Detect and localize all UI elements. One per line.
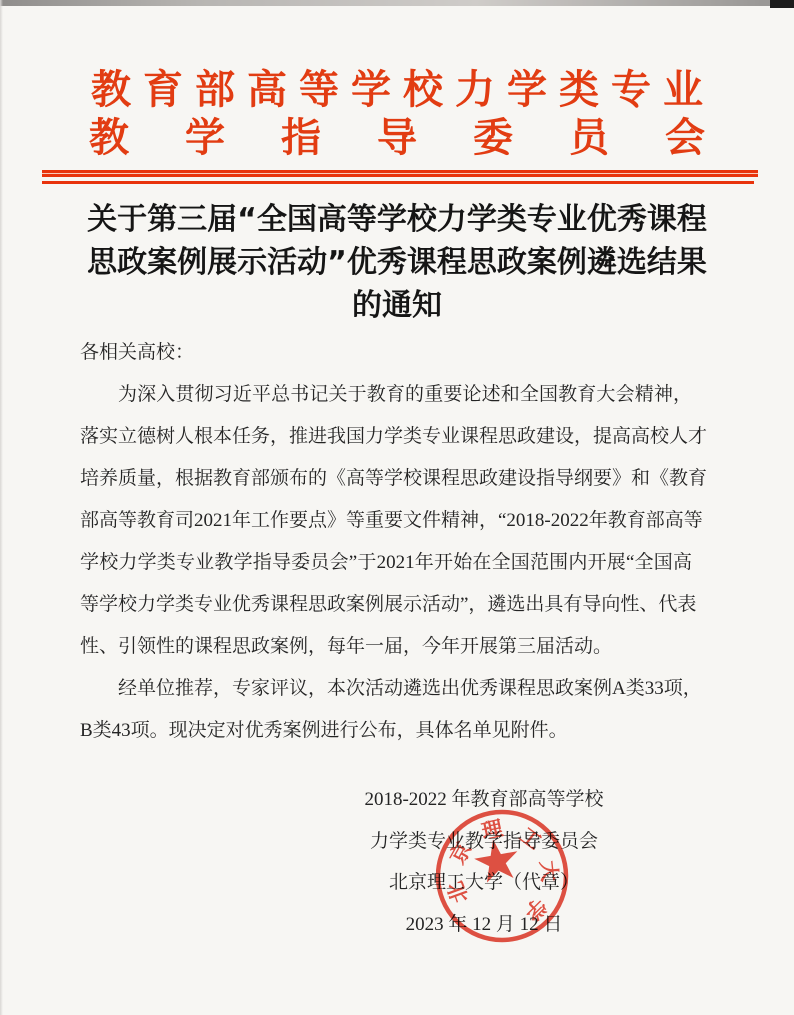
- paragraph1-line4: 部高等教育司2021年工作要点》等重要文件精神，“2018-2022年教育部高等: [80, 500, 692, 542]
- scanned-notice-page: 教育部高等学校力学类专业 教学指导委员会 关于第三届“全国高等学校力学类专业优秀…: [0, 0, 794, 1015]
- letterhead-rule-thin: [42, 181, 754, 184]
- document-title: 关于第三届“全国高等学校力学类专业优秀课程 思政案例展示活动”优秀课程思政案例遴…: [57, 198, 737, 327]
- seal-star-icon: [471, 836, 521, 885]
- letterhead-rule-thick: [42, 170, 758, 177]
- paragraph1-line7: 性、引领性的课程思政案例，每年一届，今年开展第三届活动。: [80, 626, 692, 668]
- paragraph2-line1: 经单位推荐，专家评议，本次活动遴选出优秀课程思政案例A类33项，: [80, 668, 692, 710]
- document-title-line3: 的通知: [57, 284, 737, 327]
- paragraph1-line5: 学校力学类专业教学指导委员会”于2021年开始在全国范围内开展“全国高: [80, 542, 692, 584]
- paragraph1-line1: 为深入贯彻习近平总书记关于教育的重要论述和全国教育大会精神，: [80, 374, 692, 416]
- seal-char: 北: [443, 878, 473, 906]
- paragraph1-line2: 落实立德树人根本任务，推进我国力学类专业课程思政建设，提高高校人才: [80, 416, 692, 458]
- paragraph1-line6: 等学校力学类专业优秀课程思政案例展示活动”，遴选出具有导向性、代表: [80, 584, 692, 626]
- paragraph1-line3: 培养质量，根据教育部颁布的《高等学校课程思政建设指导纲要》和《教育: [80, 458, 692, 500]
- document-title-line2: 思政案例展示活动”优秀课程思政案例遴选结果: [57, 241, 737, 284]
- scan-corner-mark: [770, 0, 794, 8]
- paragraph2-line2: B类43项。现决定对优秀案例进行公布，具体名单见附件。: [80, 710, 692, 752]
- document-title-line1: 关于第三届“全国高等学校力学类专业优秀课程: [57, 198, 737, 241]
- letterhead-line1: 教育部高等学校力学类专业: [0, 66, 794, 114]
- scan-edge-band: [0, 0, 794, 6]
- official-red-seal: 北 京 理 工 大 学: [436, 806, 577, 947]
- notice-body: 各相关高校： 为深入贯彻习近平总书记关于教育的重要论述和全国教育大会精神， 落实…: [80, 332, 692, 752]
- letterhead: 教育部高等学校力学类专业 教学指导委员会: [0, 66, 794, 162]
- letterhead-line2: 教学指导委员会: [0, 114, 794, 162]
- seal-char: 大: [536, 859, 562, 882]
- salutation: 各相关高校：: [80, 332, 692, 374]
- seal-char: 理: [479, 816, 506, 844]
